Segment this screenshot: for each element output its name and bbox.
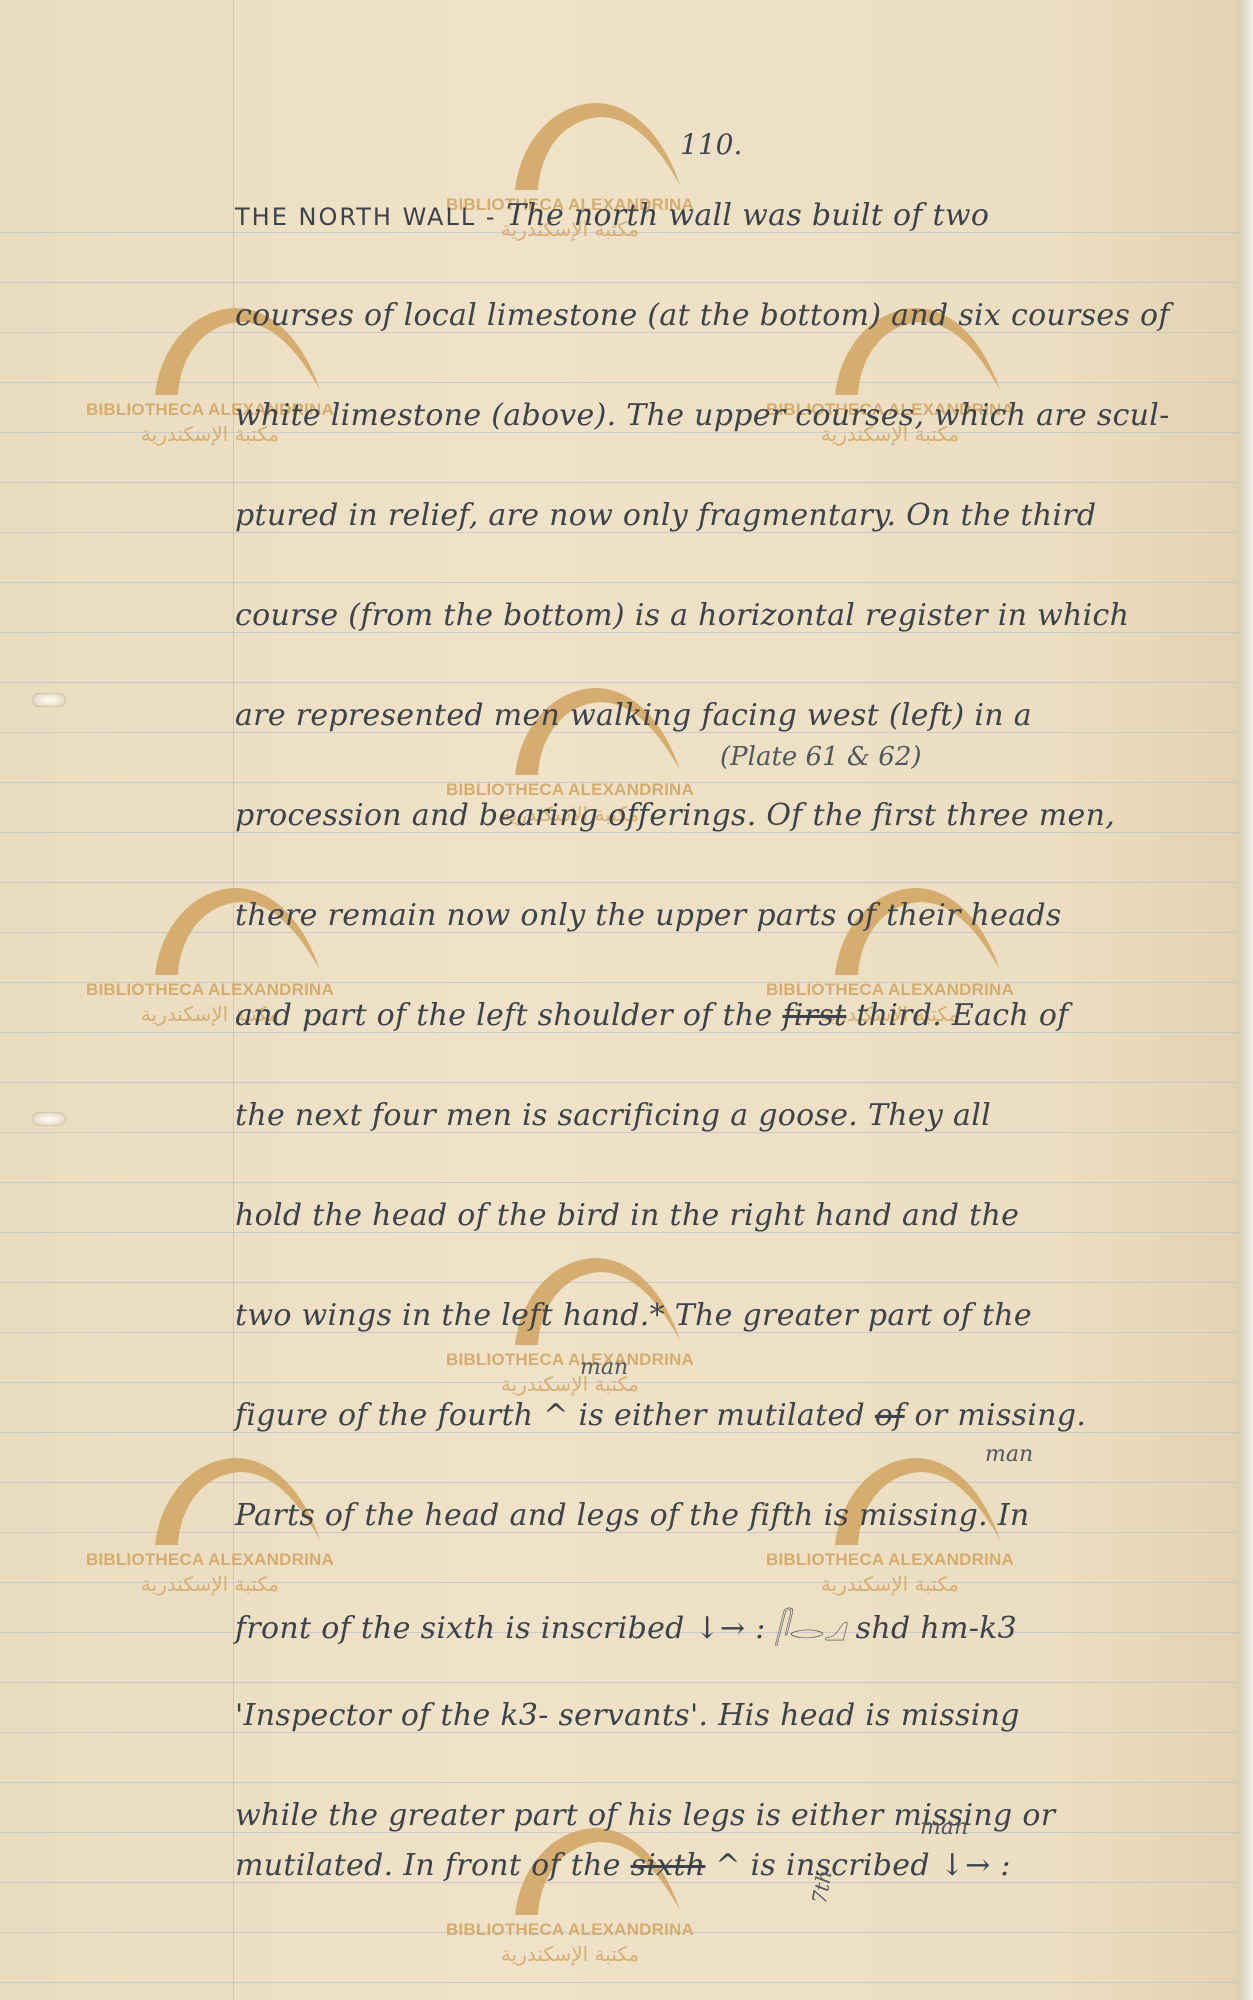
text-line: white limestone (above). The upper cours… [235, 398, 1170, 433]
text-segment: the next four men is sacrificing a goose… [235, 1098, 991, 1133]
text-segment: courses of local limestone (at the botto… [235, 298, 1170, 333]
text-line: ptured in relief, are now only fragmenta… [235, 498, 1096, 533]
text-segment: Parts of the head and legs of the fifth … [235, 1498, 1030, 1533]
text-segment: 'Inspector of the k3- servants'. His hea… [235, 1698, 1020, 1733]
ruled-line [0, 982, 1238, 983]
plate-reference: (Plate 61 & 62) [720, 742, 922, 772]
arc-logo-icon [420, 95, 720, 195]
struck-word: sixth [631, 1848, 706, 1883]
ruled-line [0, 382, 1238, 383]
ruled-line [0, 1782, 1238, 1783]
page-edge [1238, 0, 1253, 2000]
text-segment: are represented men walking facing west … [235, 698, 1032, 733]
text-line: THE NORTH WALL - The north wall was buil… [235, 198, 989, 233]
text-line: Parts of the head and legs of the fifth … [235, 1498, 1030, 1533]
struck-word: first [782, 998, 846, 1033]
text-line: procession and bearing offerings. Of the… [235, 798, 1115, 833]
watermark-text-en: BIBLIOTHECA ALEXANDRINA [420, 1350, 720, 1370]
ruled-line [0, 582, 1238, 583]
ruled-line [0, 1582, 1238, 1583]
watermark-text-en: BIBLIOTHECA ALEXANDRINA [420, 780, 720, 800]
text-line: and part of the left shoulder of the fir… [235, 998, 1069, 1033]
ruled-line [0, 282, 1238, 283]
text-line: figure of the fourth ^ is either mutilat… [235, 1398, 1086, 1433]
text-segment: two wings in the left hand.* The greater… [235, 1298, 1032, 1333]
ruled-line [0, 682, 1238, 683]
ruled-line [0, 1932, 1238, 1933]
watermark-text-en: BIBLIOTHECA ALEXANDRINA [740, 1550, 1040, 1570]
watermark-text-ar: مكتبة الإسكندرية [60, 1572, 360, 1596]
text-segment: ptured in relief, are now only fragmenta… [235, 498, 1096, 533]
ruled-line [0, 1082, 1238, 1083]
text-segment: and part of the left shoulder of the [235, 998, 782, 1033]
text-segment: or missing. [905, 1398, 1087, 1433]
text-segment: course (from the bottom) is a horizontal… [235, 598, 1129, 633]
ruled-line [0, 1982, 1238, 1983]
insertion-man: man [580, 1355, 628, 1380]
text-segment: mutilated. In front of the [235, 1848, 631, 1883]
text-line: mutilated. In front of the sixth ^ is in… [235, 1848, 1011, 1883]
text-segment: THE NORTH WALL - [235, 203, 506, 231]
watermark-text-en: BIBLIOTHECA ALEXANDRINA [420, 1920, 720, 1940]
punch-hole [32, 1112, 66, 1126]
watermark-text-en: BIBLIOTHECA ALEXANDRINA [60, 1550, 360, 1570]
text-segment: ^ is inscribed ↓→ : [705, 1848, 1010, 1883]
page-number: 110. [680, 128, 742, 161]
text-segment: figure of the fourth ^ is either mutilat… [235, 1398, 875, 1433]
ruled-line [0, 482, 1238, 483]
insertion-man: man [985, 1442, 1033, 1467]
watermark-text-ar: مكتبة الإسكندرية [420, 1372, 720, 1396]
manuscript-page: BIBLIOTHECA ALEXANDRINA مكتبة الإسكندرية… [0, 0, 1238, 2000]
text-line: the next four men is sacrificing a goose… [235, 1098, 991, 1133]
text-line: hold the head of the bird in the right h… [235, 1198, 1019, 1233]
ruled-line [0, 882, 1238, 883]
text-line: there remain now only the upper parts of… [235, 898, 1062, 933]
text-line: front of the sixth is inscribed ↓→ : 𓋴𓂋𓈎… [235, 1598, 1017, 1648]
text-line: two wings in the left hand.* The greater… [235, 1298, 1032, 1333]
insertion-ordinal: 7th [807, 1868, 836, 1905]
struck-word: of [875, 1398, 905, 1433]
watermark-text-ar: مكتبة الإسكندرية [740, 1572, 1040, 1596]
punch-hole [32, 693, 66, 707]
text-line: 'Inspector of the k3- servants'. His hea… [235, 1698, 1020, 1733]
text-line: are represented men walking facing west … [235, 698, 1032, 733]
text-segment: third. Each of [846, 998, 1068, 1033]
text-segment: white limestone (above). The upper cours… [235, 398, 1170, 433]
watermark-text-en: BIBLIOTHECA ALEXANDRINA [740, 980, 1040, 1000]
ruled-line [0, 1282, 1238, 1283]
margin-line [233, 0, 234, 2000]
ruled-line [0, 1382, 1238, 1383]
watermark-text-ar: مكتبة الإسكندرية [420, 1942, 720, 1966]
text-line: courses of local limestone (at the botto… [235, 298, 1170, 333]
watermark-text-en: BIBLIOTHECA ALEXANDRINA [60, 980, 360, 1000]
insertion-man: man [920, 1815, 968, 1840]
text-segment: hold the head of the bird in the right h… [235, 1198, 1019, 1233]
ruled-line [0, 1182, 1238, 1183]
library-watermark: BIBLIOTHECA ALEXANDRINA مكتبة الإسكندرية [420, 1820, 720, 1960]
text-segment: there remain now only the upper parts of… [235, 898, 1062, 933]
ruled-line [0, 1482, 1238, 1483]
text-segment: front of the sixth is inscribed ↓→ : 𓋴𓂋𓈎… [235, 1611, 1017, 1646]
text-segment: The north wall was built of two [506, 198, 989, 233]
text-segment: procession and bearing offerings. Of the… [235, 798, 1115, 833]
ruled-line [0, 1682, 1238, 1683]
ruled-line [0, 782, 1238, 783]
text-line: course (from the bottom) is a horizontal… [235, 598, 1129, 633]
